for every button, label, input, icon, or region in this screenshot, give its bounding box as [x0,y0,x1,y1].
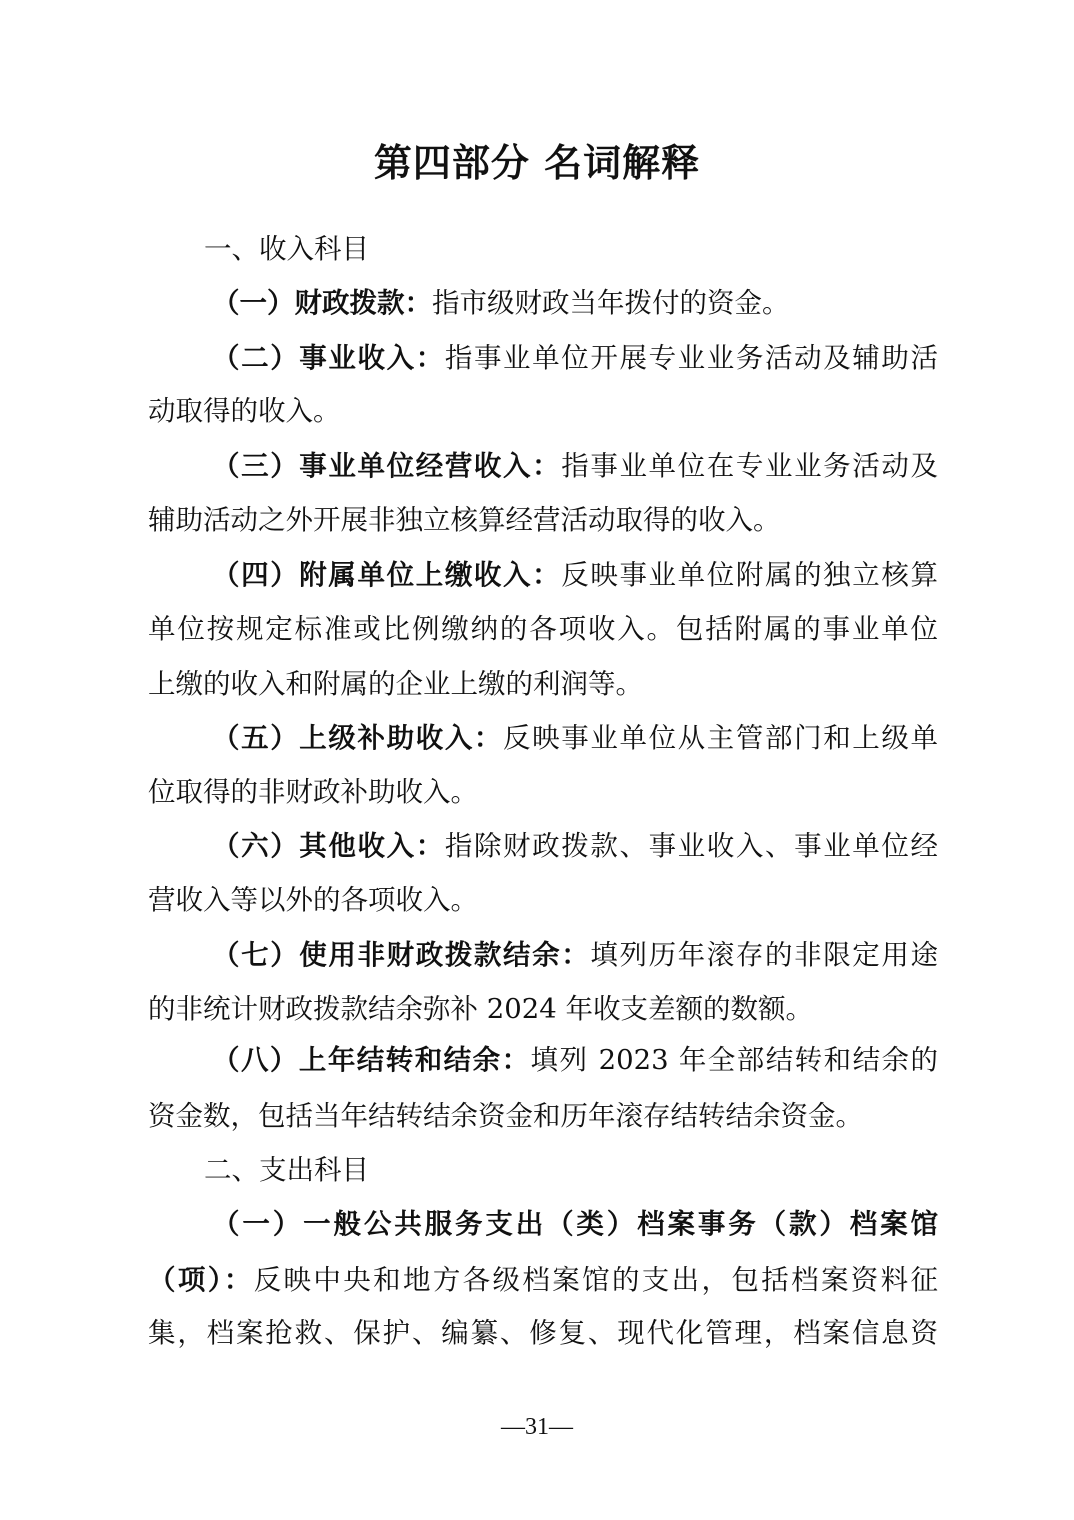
definition-item: （八）上年结转和结余：填列 2023 年全部结转和结余的 [212,1040,938,1080]
term-text: 指除财政拨款、事业收入、事业单位经 [445,830,938,862]
term-text-cont: 上缴的收入和附属的企业上缴的利润等。 [148,664,938,704]
definition-item: （一）财政拨款：指市级财政当年拨付的资金。 [212,283,938,323]
term-text-cont: 单位按规定标准或比例缴纳的各项收入。包括附属的事业单位 [148,609,938,649]
term-label: （一）财政拨款： [212,287,432,319]
definition-item-cont: （项）：反映中央和地方各级档案馆的支出，包括档案资料征 [148,1260,938,1300]
term-label: （八）上年结转和结余： [212,1044,531,1076]
definition-item: （二）事业收入：指事业单位开展专业业务活动及辅助活 [212,338,938,378]
section-heading-income: 一、收入科目 [204,229,994,269]
term-text-cont: 位取得的非财政补助收入。 [148,772,938,812]
definition-item: （七）使用非财政拨款结余：填列历年滚存的非限定用途 [212,935,938,975]
term-text-cont: 动取得的收入。 [148,391,938,431]
definition-item: （六）其他收入：指除财政拨款、事业收入、事业单位经 [212,826,938,866]
term-text-cont: 集，档案抢救、保护、编纂、修复、现代化管理，档案信息资 [148,1313,938,1353]
term-text-cont: 的非统计财政拨款结余弥补 2024 年收支差额的数额。 [148,989,938,1029]
term-label: （三）事业单位经营收入： [212,450,561,482]
term-text-cont: 辅助活动之外开展非独立核算经营活动取得的收入。 [148,500,938,540]
term-text: 反映事业单位附属的独立核算 [561,559,938,591]
term-label-cont: （项）： [148,1264,254,1296]
term-text: 填列历年滚存的非限定用途 [590,939,938,971]
term-label: （二）事业收入： [212,342,445,374]
term-text-cont: 营收入等以外的各项收入。 [148,880,938,920]
term-text: 指市级财政当年拨付的资金。 [432,287,790,319]
section-heading-expense: 二、支出科目 [204,1150,994,1190]
term-text: 指事业单位开展专业业务活动及辅助活 [445,342,938,374]
term-text-cont: 资金数，包括当年结转结余资金和历年滚存结转结余资金。 [148,1096,938,1136]
page-number: —31— [0,1414,1074,1441]
term-text: 指事业单位在专业业务活动及 [561,450,938,482]
definition-item: （四）附属单位上缴收入：反映事业单位附属的独立核算 [212,555,938,595]
term-label: （七）使用非财政拨款结余： [212,939,590,971]
term-label: （六）其他收入： [212,830,445,862]
page-title: 第四部分 名词解释 [0,132,1074,187]
term-label: （四）附属单位上缴收入： [212,559,561,591]
term-text: 填列 2023 年全部结转和结余的 [531,1044,938,1076]
term-label: （一）一般公共服务支出（类）档案事务（款）档案馆 [212,1208,938,1240]
definition-item: （三）事业单位经营收入：指事业单位在专业业务活动及 [212,446,938,486]
definition-item: （一）一般公共服务支出（类）档案事务（款）档案馆 [212,1204,938,1244]
term-text: 反映中央和地方各级档案馆的支出，包括档案资料征 [254,1264,938,1296]
term-text: 反映事业单位从主管部门和上级单 [503,722,938,754]
term-label: （五）上级补助收入： [212,722,503,754]
definition-item: （五）上级补助收入：反映事业单位从主管部门和上级单 [212,718,938,758]
